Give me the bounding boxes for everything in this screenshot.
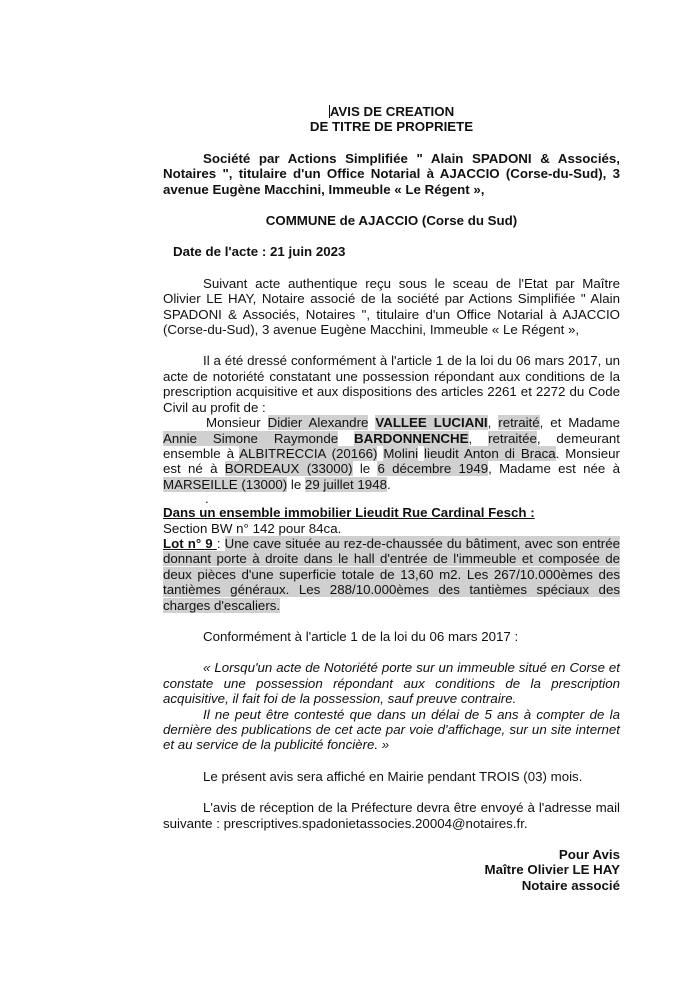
signature-block: Pour Avis Maître Olivier LE HAY Notaire …: [163, 847, 620, 893]
quote-paragraph-1: « Lorsqu'un acte de Notoriété porte sur …: [163, 660, 620, 706]
signature-line-3: Notaire associé: [163, 878, 620, 893]
lot-paragraph: Lot n° 9 : Une cave située au rez-de-cha…: [163, 536, 620, 613]
property-section: Section BW n° 142 pour 84ca.: [163, 521, 620, 536]
monsieur-job: retraité: [498, 415, 539, 430]
stray-dot: .: [163, 492, 620, 505]
company-paragraph: Société par Actions Simplifiée " Alain S…: [163, 151, 620, 197]
date-acte-value: 21 juin 2023: [270, 244, 345, 259]
signature-line-1: Pour Avis: [163, 847, 620, 862]
title-line-2: DE TITRE DE PROPRIETE: [163, 119, 620, 134]
quote-paragraph-2: Il ne peut être contesté que dans un dél…: [163, 707, 620, 753]
residence-lieudit: lieudit Anton di Braca: [424, 446, 556, 461]
notice-document: AVIS DE CREATION DE TITRE DE PROPRIETE S…: [163, 104, 620, 893]
monsieur-birthdate: 6 décembre 1949: [377, 461, 488, 476]
monsieur-lastname: VALLEE LUCIANI: [375, 415, 487, 430]
period: .: [387, 477, 391, 492]
madame-firstnames: Annie Simone Raymonde: [163, 431, 338, 446]
affichage-line: Le présent avis sera affiché en Mairie p…: [163, 769, 620, 784]
le-text-1: le: [353, 461, 378, 476]
madame-lastname: BARDONNENCHE: [354, 431, 469, 446]
reception-paragraph: L'avis de réception de la Préfecture dev…: [163, 800, 620, 831]
beneficiaries-paragraph: Monsieur Didier Alexandre VALLEE LUCIANI…: [163, 415, 620, 492]
dresse-paragraph: Il a été dressé conformément à l'article…: [163, 353, 620, 415]
madame-born-text: , Madame est née à: [488, 461, 620, 476]
commune-heading: COMMUNE de AJACCIO (Corse du Sud): [163, 213, 620, 228]
monsieur-firstnames: Didier Alexandre: [268, 415, 369, 430]
monsieur-birthplace: BORDEAUX (33000): [225, 461, 353, 476]
residence-locality: Molini: [383, 446, 418, 461]
lot-description: Une cave située au rez-de-chaussée du bâ…: [163, 536, 620, 613]
title-line-1: AVIS DE CREATION: [330, 104, 454, 119]
le-text-2: le: [287, 477, 305, 492]
madame-birthdate: 29 juillet 1948: [305, 477, 387, 492]
document-title: AVIS DE CREATION DE TITRE DE PROPRIETE: [163, 104, 620, 135]
residence-city: ALBITRECCIA (20166): [239, 446, 377, 461]
madame-job: retraitée: [488, 431, 537, 446]
madame-birthplace: MARSEILLE (13000): [163, 477, 287, 492]
conformement-line: Conformément à l'article 1 de la loi du …: [163, 629, 620, 644]
intro-paragraph: Suivant acte authentique reçu sous le sc…: [163, 276, 620, 338]
lot-separator: :: [217, 536, 225, 551]
property-heading: Dans un ensemble immobilier Lieudit Rue …: [163, 505, 620, 520]
signature-line-2: Maître Olivier LE HAY: [163, 862, 620, 877]
lot-label: Lot n° 9: [163, 536, 217, 551]
date-acte: Date de l'acte : 21 juin 2023: [163, 244, 620, 259]
date-acte-label: Date de l'acte :: [173, 244, 270, 259]
monsieur-label: Monsieur: [206, 415, 268, 430]
